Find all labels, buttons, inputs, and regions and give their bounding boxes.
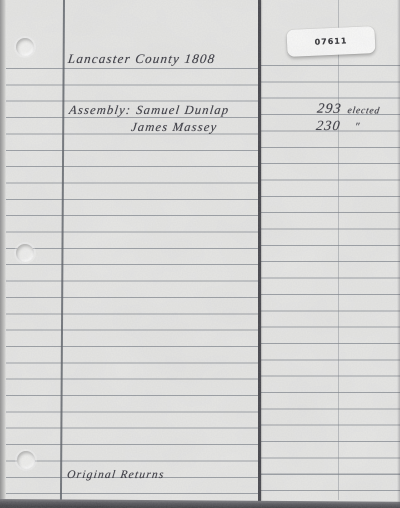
candidate-name: Samuel Dunlap	[135, 103, 230, 117]
vote-count: 230	[315, 119, 341, 134]
scan-edge-left	[0, 0, 6, 508]
sticker-number: 07611	[314, 36, 347, 46]
vote-row: 230″	[315, 119, 361, 134]
spine-line	[258, 0, 261, 501]
candidate-name: James Massey	[130, 121, 218, 135]
vote-row: 293elected	[316, 102, 381, 118]
page-title: Lancaster County 1808	[67, 52, 216, 66]
hole-punch-middle	[16, 244, 34, 262]
catalog-sticker: 07611	[286, 26, 375, 57]
assembly-entry: Assembly:Samuel Dunlap	[68, 104, 230, 118]
office-label: Assembly:	[68, 103, 132, 117]
result-note: elected	[347, 106, 381, 116]
scan-edge-bottom	[0, 499, 400, 508]
hole-punch-top	[16, 38, 34, 56]
footer-note: Original Returns	[66, 469, 165, 482]
hole-punch-bottom	[17, 451, 35, 469]
column-line	[338, 0, 339, 500]
vote-count: 293	[316, 102, 343, 117]
scanned-page: 07611 Lancaster County 1808 Assembly:Sam…	[0, 0, 400, 508]
